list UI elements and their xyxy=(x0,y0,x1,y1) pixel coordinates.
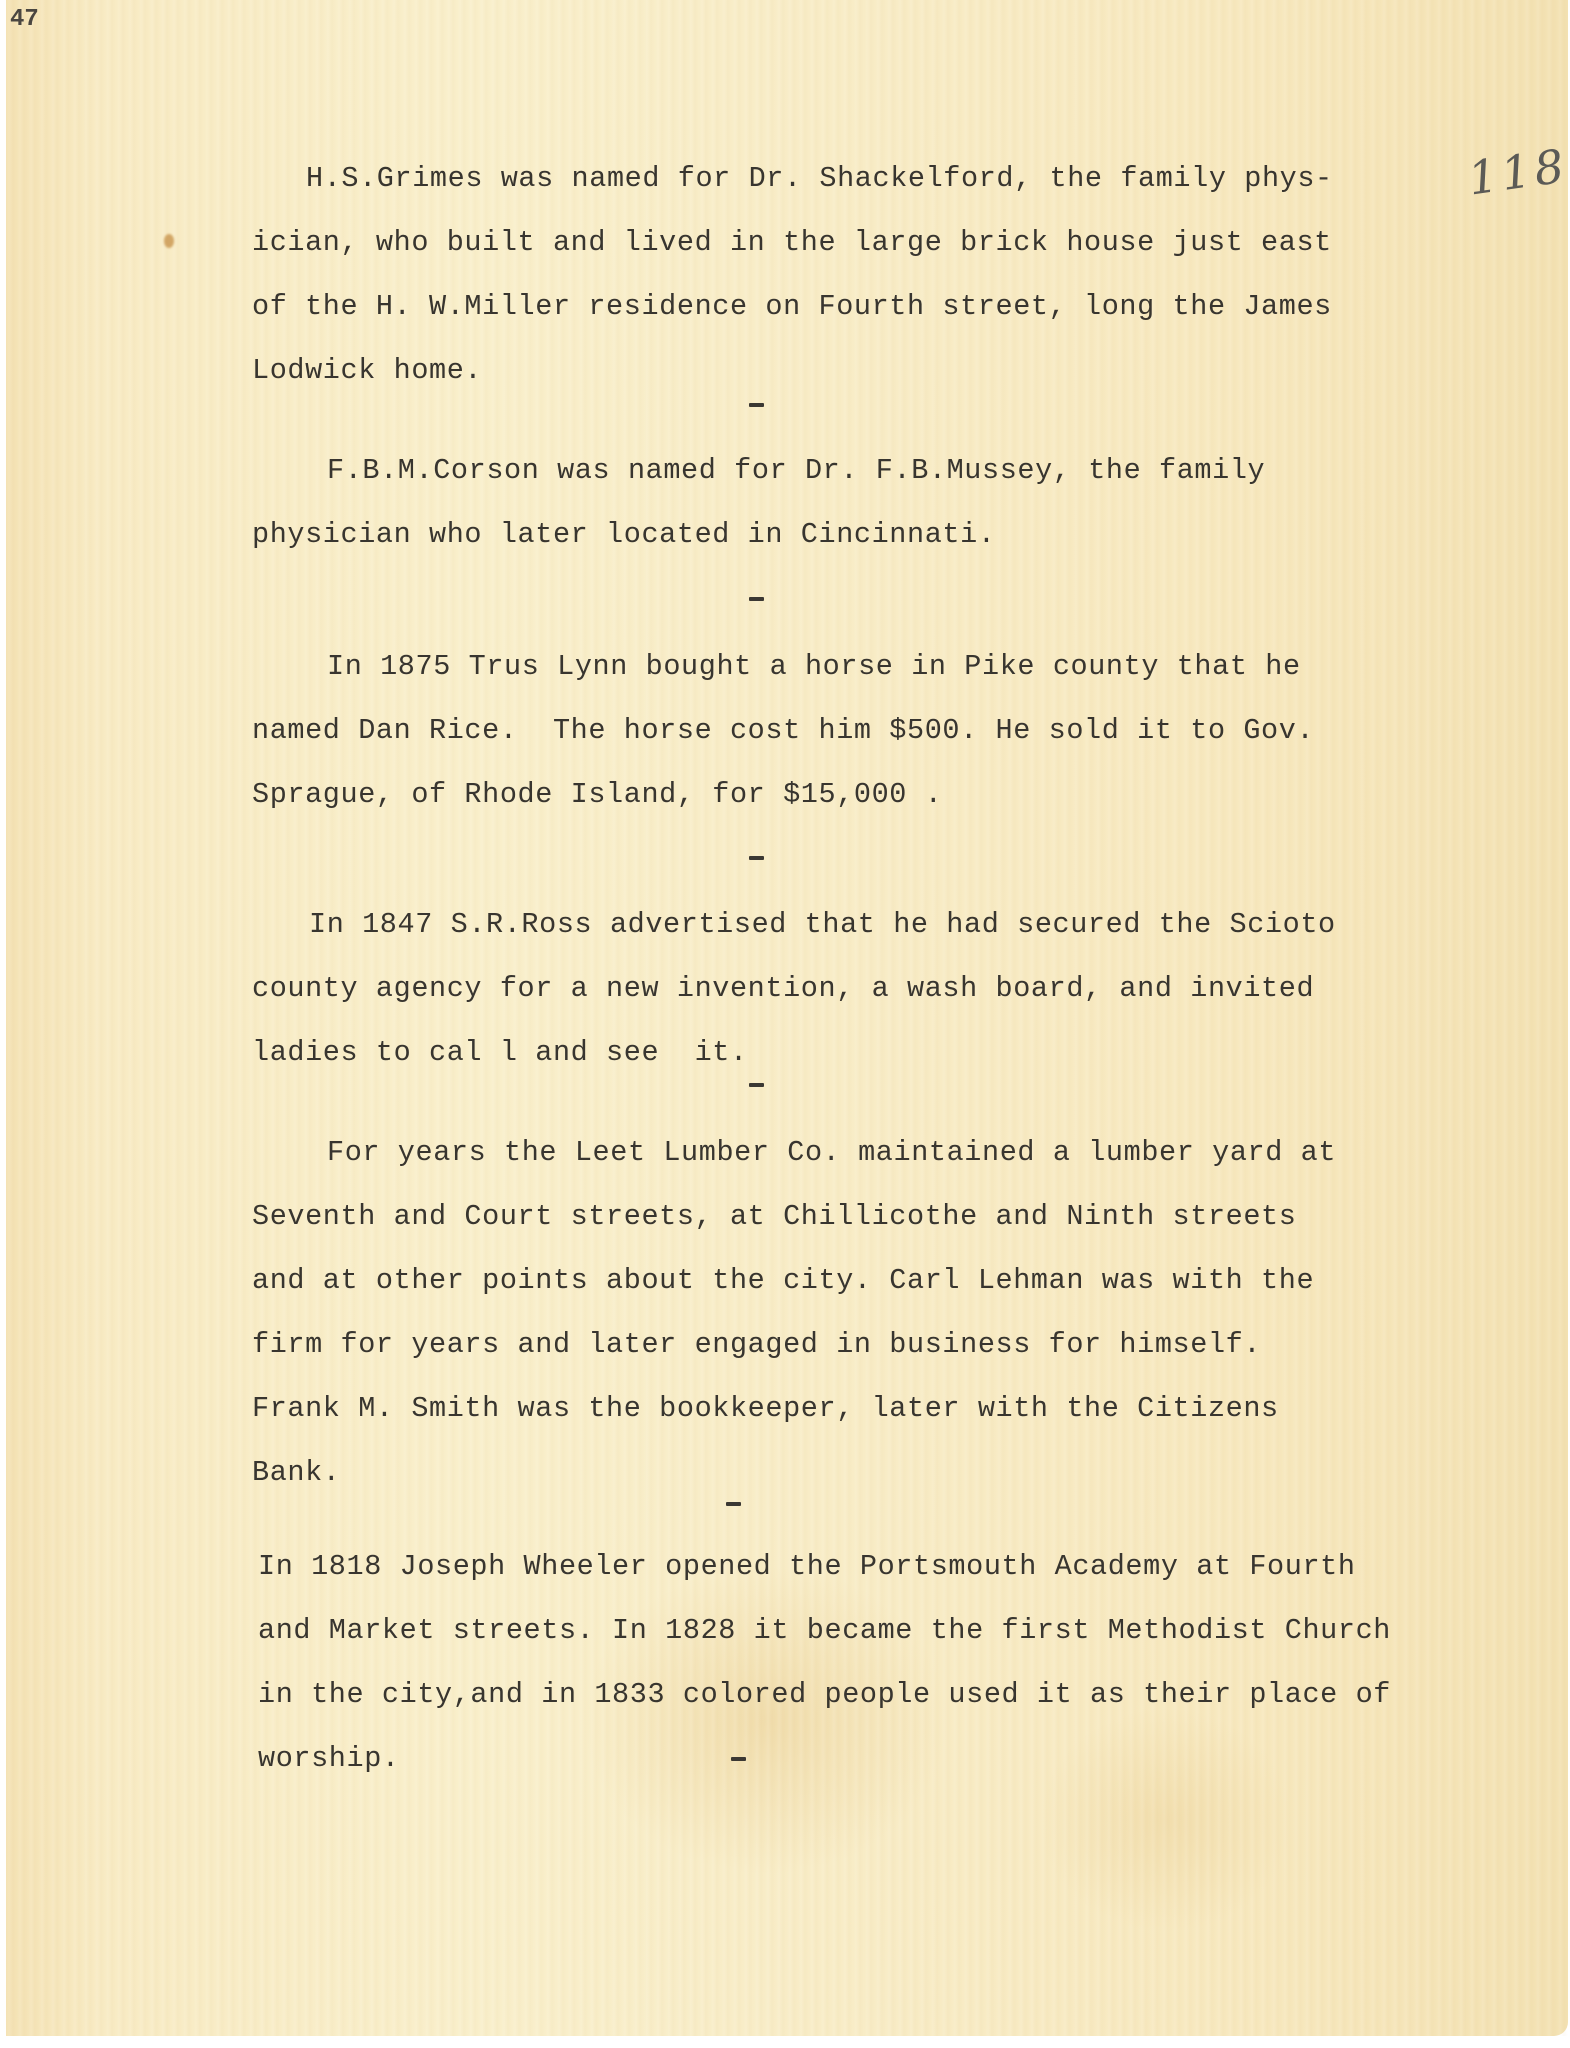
text-line: ladies to cal l and see it. xyxy=(252,1036,748,1069)
text-line: In 1818 Joseph Wheeler opened the Portsm… xyxy=(258,1550,1356,1583)
text-line: in the city,and in 1833 colored people u… xyxy=(258,1678,1391,1711)
section-separator xyxy=(749,597,764,601)
text-line: F.B.M.Corson was named for Dr. F.B.Musse… xyxy=(327,454,1265,487)
text-line: county agency for a new invention, a was… xyxy=(252,972,1314,1005)
text-line: ician, who built and lived in the large … xyxy=(252,226,1332,259)
text-line: In 1847 S.R.Ross advertised that he had … xyxy=(309,908,1336,941)
page-number: 47 xyxy=(10,6,39,33)
text-line: firm for years and later engaged in busi… xyxy=(252,1328,1261,1361)
text-line: In 1875 Trus Lynn bought a horse in Pike… xyxy=(327,650,1301,683)
section-separator xyxy=(749,1083,764,1087)
text-line: For years the Leet Lumber Co. maintained… xyxy=(327,1136,1336,1169)
text-line: physician who later located in Cincinnat… xyxy=(252,518,996,551)
text-line: of the H. W.Miller residence on Fourth s… xyxy=(252,290,1332,323)
text-line: Seventh and Court streets, at Chillicoth… xyxy=(252,1200,1296,1233)
section-separator xyxy=(749,403,764,407)
section-separator xyxy=(731,1757,746,1761)
section-separator xyxy=(749,856,764,860)
text-line: Frank M. Smith was the bookkeeper, later… xyxy=(252,1392,1279,1425)
section-separator xyxy=(726,1502,741,1506)
text-line: and at other points about the city. Carl… xyxy=(252,1264,1314,1297)
text-line: and Market streets. In 1828 it became th… xyxy=(258,1614,1391,1647)
paper-stain xyxy=(164,234,174,248)
handwritten-archive-number: 118 xyxy=(1465,138,1570,205)
text-line: worship. xyxy=(258,1742,400,1775)
text-line: Sprague, of Rhode Island, for $15,000 . xyxy=(252,778,942,811)
text-line: Bank. xyxy=(252,1456,341,1489)
text-line: named Dan Rice. The horse cost him $500.… xyxy=(252,714,1314,747)
text-line: Lodwick home. xyxy=(252,354,482,387)
text-line: H.S.Grimes was named for Dr. Shackelford… xyxy=(306,162,1333,195)
document-page: 47 118 H.S.Grimes was named for Dr. Shac… xyxy=(6,0,1568,2036)
